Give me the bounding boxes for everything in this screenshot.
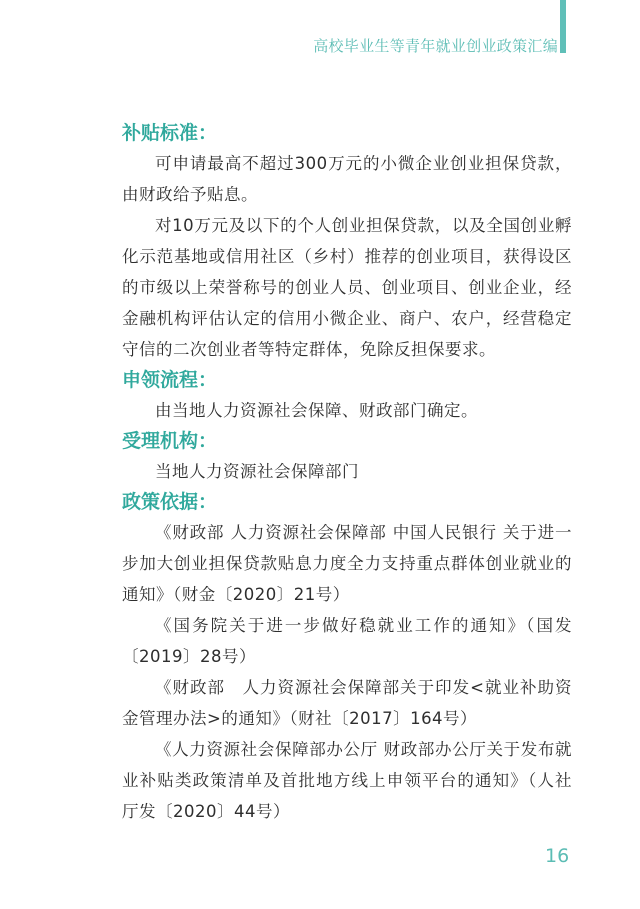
policy-reference: 《财政部 人力资源社会保障部 中国人民银行 关于进一步加大创业担保贷款贴息力度全… [122, 517, 572, 610]
paragraph: 对10万元及以下的个人创业担保贷款，以及全国创业孵化示范基地或信用社区（乡村）推… [122, 210, 572, 365]
policy-reference: 《人力资源社会保障部办公厅 财政部办公厅关于发布就业补贴类政策清单及首批地方线上… [122, 734, 572, 827]
section-heading: 申领流程： [122, 365, 572, 395]
section-application-process: 申领流程： 由当地人力资源社会保障、财政部门确定。 [122, 365, 572, 426]
document-title: 高校毕业生等青年就业创业政策汇编 [313, 35, 558, 56]
page-content: 补贴标准： 可申请最高不超过300万元的小微企业创业担保贷款，由财政给予贴息。 … [122, 118, 572, 827]
policy-reference: 《国务院关于进一步做好稳就业工作的通知》（国发〔2019〕28号） [122, 610, 572, 672]
section-subsidy-standard: 补贴标准： 可申请最高不超过300万元的小微企业创业担保贷款，由财政给予贴息。 … [122, 118, 572, 365]
paragraph: 可申请最高不超过300万元的小微企业创业担保贷款，由财政给予贴息。 [122, 148, 572, 210]
section-policy-basis: 政策依据： 《财政部 人力资源社会保障部 中国人民银行 关于进一步加大创业担保贷… [122, 487, 572, 827]
paragraph: 由当地人力资源社会保障、财政部门确定。 [122, 395, 572, 426]
paragraph: 当地人力资源社会保障部门 [122, 456, 572, 487]
section-heading: 受理机构： [122, 426, 572, 456]
section-heading: 补贴标准： [122, 118, 572, 148]
page-number: 16 [545, 845, 569, 867]
header-accent-bar [560, 0, 566, 53]
policy-reference: 《财政部 人力资源社会保障部关于印发<就业补助资金管理办法>的通知》（财社〔20… [122, 672, 572, 734]
section-handling-agency: 受理机构： 当地人力资源社会保障部门 [122, 426, 572, 487]
section-heading: 政策依据： [122, 487, 572, 517]
